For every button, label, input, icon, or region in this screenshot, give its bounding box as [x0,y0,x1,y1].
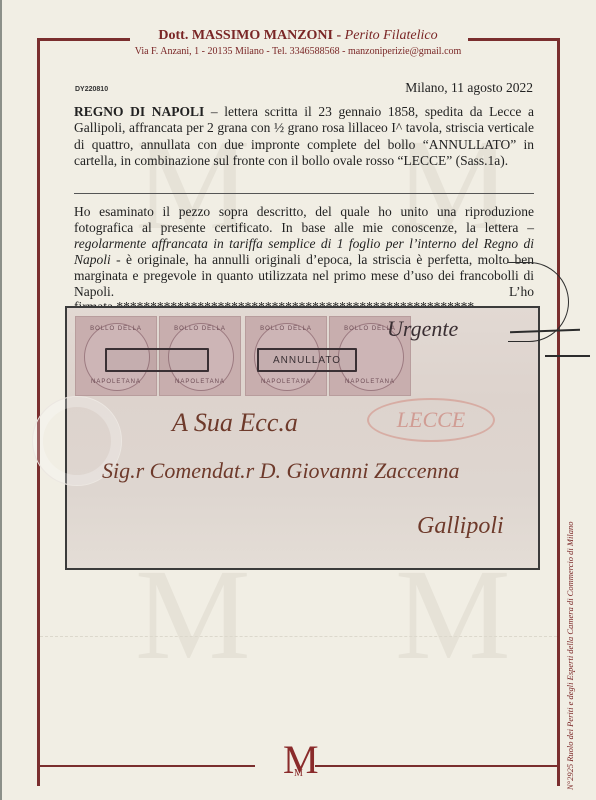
expert-address: Via F. Anzani, 1 - 20135 Milano - Tel. 3… [0,46,596,57]
stamp-top-text: BOLLO DELLA [246,326,326,332]
expert-name-line: Dott. MASSIMO MANZONI - Perito Filatelic… [0,28,596,44]
stamp-bottom-text: NAPOLETANA [246,379,326,385]
pen-mark: Urgente [387,316,458,342]
letter-photo: BOLLO DELLA NAPOLETANA BOLLO DELLA NAPOL… [65,306,540,570]
perforation-line [40,636,557,638]
lecce-oval-cancel: LECCE [367,398,495,442]
annullato-cancel: ANNULLATO [257,348,357,372]
monogram-logo: M M [283,740,313,784]
letterhead: Dott. MASSIMO MANZONI - Perito Filatelic… [0,28,596,57]
monogram-small: M [294,768,303,779]
address-city: Gallipoli [417,513,504,540]
frame-line [37,38,40,786]
stamp-bottom-text: NAPOLETANA [160,379,240,385]
certificate-date: Milano, 11 agosto 2022 [405,80,533,96]
opinion-part1: Ho esaminato il pezzo sopra descritto, d… [74,204,534,235]
stamp-bottom-text: NAPOLETANA [76,379,156,385]
frame-line [315,765,560,767]
signature-stroke [545,355,590,357]
description-lead: REGNO DI NAPOLI [74,104,204,119]
annullato-cancel [105,348,209,372]
stamp-top-text: BOLLO DELLA [76,326,156,332]
separator: - [333,28,345,43]
frame-line [557,38,560,786]
expert-title: Perito Filatelico [345,28,438,43]
address-line-2: Sig.r Comendat.r D. Giovanni Zaccenna [102,458,459,484]
expert-opinion: Ho esaminato il pezzo sopra descritto, d… [74,204,534,315]
certificate-id: DY220810 [75,86,108,93]
stamp-bottom-text: NAPOLETANA [330,379,410,385]
frame-line [37,765,255,767]
expert-name: Dott. MASSIMO MANZONI [158,28,333,43]
certificate-page: M M M M Dott. MASSIMO MANZONI - Perito F… [0,0,596,800]
divider [74,193,534,194]
address-line-1: A Sua Ecc.a [172,408,298,438]
item-description: REGNO DI NAPOLI – lettera scritta il 23 … [74,104,534,170]
registry-note: N°2925 Ruolo dei Periti e degli Esperti … [565,522,575,790]
stamp-top-text: BOLLO DELLA [160,326,240,332]
